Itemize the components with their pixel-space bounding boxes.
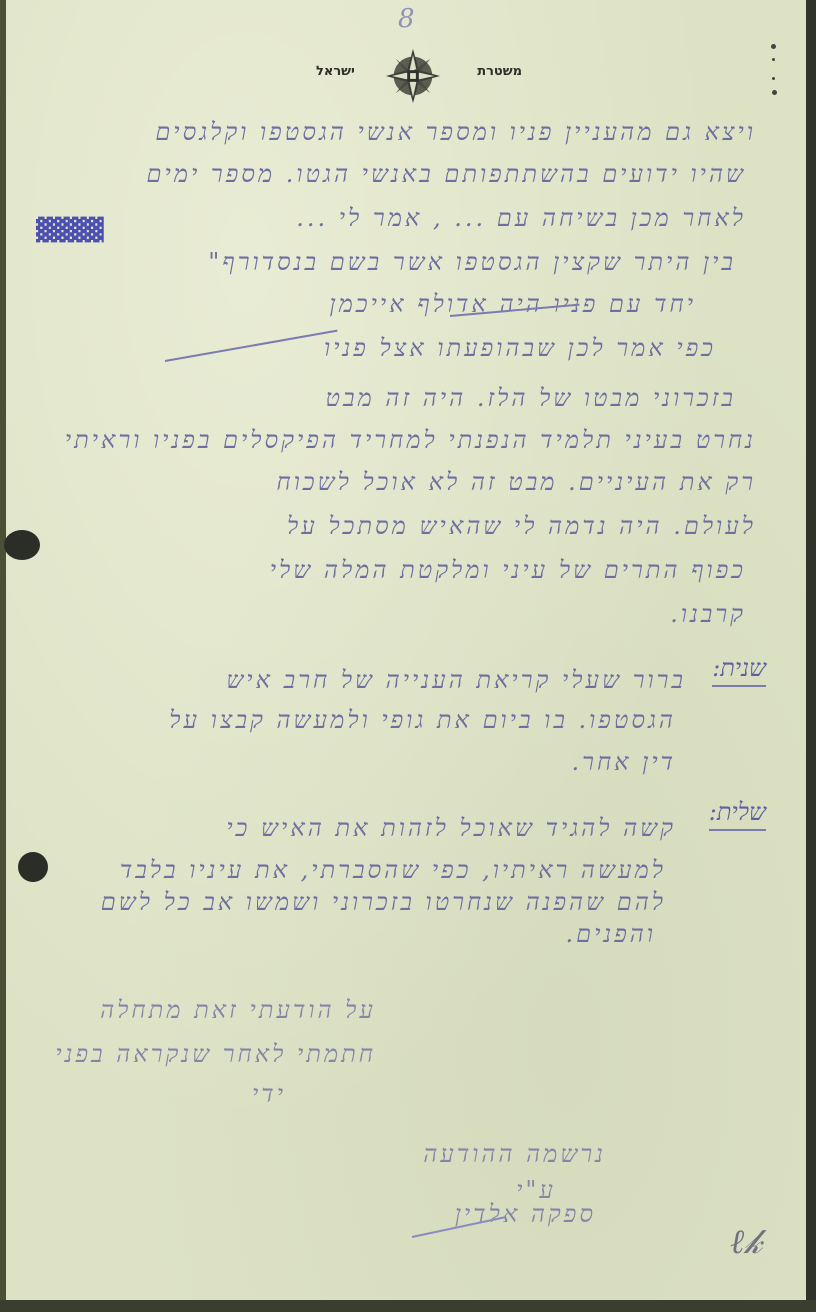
letterhead-israel: ישראל (316, 64, 355, 79)
recorder-line: נרשמה ההודעה (423, 1140, 606, 1169)
section-1-line: ברור שעלי קריאת הענייה של חרב איש (226, 666, 686, 695)
binder-hole-bottom (18, 852, 48, 882)
scan-frame-right (806, 0, 816, 1312)
recorder-line: ספקה אלדין (455, 1200, 596, 1229)
body-line: שהיו ידועים בהשתתפותם באנשי הגטו. מספר י… (147, 160, 747, 189)
closing-line: על הודעתי זאת מתחלה (100, 996, 376, 1025)
body-line: נחרט בעיני תלמיד הנפנתי למחריד הפיקסלים … (65, 426, 756, 455)
body-line: כפוף התרים של עיני ומלקטת המלה שלי (270, 556, 746, 585)
body-line: לעולם. היה נדמה לי שהאיש מסתכל על (287, 512, 756, 541)
margin-mark (772, 77, 775, 80)
document-page (6, 0, 806, 1300)
body-line: רק את העיניים. מבט זה לא אוכל לשכוח (277, 468, 756, 497)
letterhead-police: משטרת (477, 64, 522, 79)
margin-mark (771, 44, 776, 49)
section-label-third: שלית: (709, 798, 766, 831)
body-line: כפי אמר לכן שבהופעתו אצל פניו (324, 334, 716, 363)
crossed-out-name: ▓▓▓▓ (36, 218, 104, 243)
body-line: לאחר מכן בשיחה עם ... , אמר לי ... (296, 204, 746, 233)
israel-police-star-emblem-icon (384, 46, 442, 106)
scan-frame-bottom (0, 1300, 816, 1312)
section-label-second: שנית: (712, 654, 766, 687)
section-1-line: דין אחר. (572, 748, 676, 777)
body-line: ויצא גם מהעניין פניו ומספר אנשי הגסטפו ו… (155, 118, 756, 147)
closing-line: חתמתי לאחר שנקראה בפני (55, 1040, 376, 1069)
margin-mark (772, 58, 775, 61)
section-1-line: הגסטפו. בו ביום את גופי ולמעשה קבצו על (169, 706, 676, 735)
binder-hole-top (4, 530, 40, 560)
section-2-line: להם שהפנה שנחרטו בזכרוני ושמשו אב כל לשם (101, 888, 666, 917)
initials-signature: ℓ𝓀 (730, 1222, 762, 1262)
body-line: בין היתר שקצין הגסטפו אשר בשם בנסדורף" (208, 248, 736, 277)
page-number: 8 (398, 4, 415, 34)
section-2-line: קשה להגיד שאוכל לזהות את האיש כי (226, 814, 676, 843)
closing-line: ידי (252, 1080, 286, 1109)
body-line: יחד עם פניו היה אדולף אייכמן (330, 290, 696, 319)
letterhead: ישראל משטרת (300, 46, 530, 106)
body-line: קרבנו. (670, 600, 746, 629)
body-line: בזכרוני מבטו של הלז. היה זה מבט (325, 384, 736, 413)
section-2-line: והפנים. (566, 920, 656, 949)
scan-frame-left (0, 0, 6, 1312)
margin-mark (772, 90, 777, 95)
section-2-line: למעשה ראיתיו, כפי שהסברתי, את עיניו בלבד (120, 856, 666, 885)
